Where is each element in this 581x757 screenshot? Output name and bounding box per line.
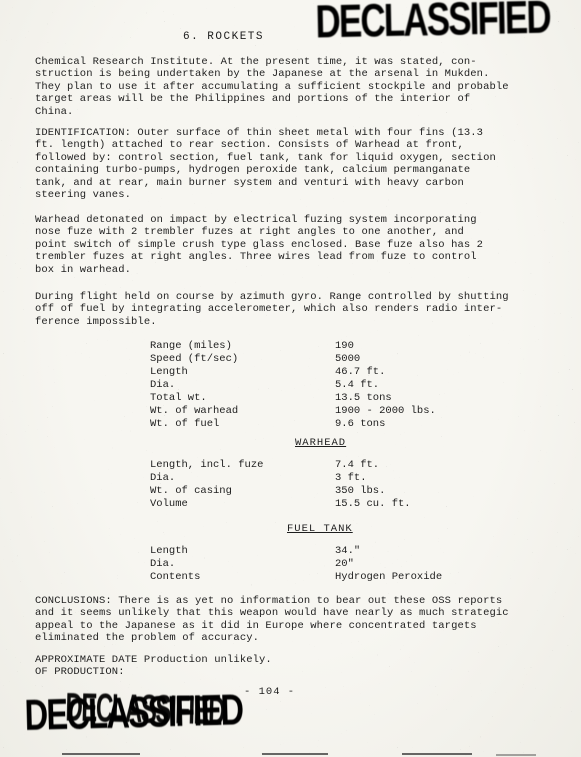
scan-artifact-line bbox=[496, 754, 536, 756]
spec-label: Wt. of warhead bbox=[150, 405, 335, 418]
spec-label: Wt. of casing bbox=[150, 485, 335, 498]
table-row: Dia. 3 ft. bbox=[150, 472, 411, 485]
declassified-stamp-bottom: DECLASSIFIED bbox=[24, 685, 243, 740]
paragraph-identification: IDENTIFICATION: Outer surface of thin sh… bbox=[35, 127, 531, 201]
table-row: Total wt. 13.5 tons bbox=[150, 392, 436, 405]
section-heading: 6. ROCKETS bbox=[183, 31, 264, 43]
spec-value: Hydrogen Peroxide bbox=[335, 571, 442, 584]
table-row: Contents Hydrogen Peroxide bbox=[150, 571, 442, 584]
document-page: DECLASSIFIED 6. ROCKETS Chemical Researc… bbox=[0, 0, 581, 757]
scan-artifact-line bbox=[62, 753, 140, 755]
table-row: Length, incl. fuze 7.4 ft. bbox=[150, 459, 411, 472]
spec-value: 1900 - 2000 lbs. bbox=[335, 405, 436, 418]
spec-value: 13.5 tons bbox=[335, 392, 392, 405]
fuel-tank-section-heading: FUEL TANK bbox=[287, 523, 353, 535]
scan-artifact-line bbox=[402, 753, 472, 755]
spec-value: 20" bbox=[335, 558, 354, 571]
table-row: Dia. 20" bbox=[150, 558, 442, 571]
spec-value: 7.4 ft. bbox=[335, 459, 379, 472]
warhead-section-heading: WARHEAD bbox=[295, 437, 346, 449]
table-row: Length 46.7 ft. bbox=[150, 366, 436, 379]
spec-label: Dia. bbox=[150, 472, 335, 485]
production-date-line1: APPROXIMATE DATE Production unlikely. bbox=[35, 654, 435, 666]
spec-label: Wt. of fuel bbox=[150, 418, 335, 431]
spec-value: 3 ft. bbox=[335, 472, 367, 485]
spec-value: 46.7 ft. bbox=[335, 366, 385, 379]
production-date-line2: OF PRODUCTION: bbox=[35, 666, 435, 678]
spec-label: Total wt. bbox=[150, 392, 335, 405]
spec-label: Length bbox=[150, 366, 335, 379]
declassified-stamp-top: DECLASSIFIED bbox=[315, 0, 550, 49]
spec-label: Dia. bbox=[150, 558, 335, 571]
paragraph-conclusions: CONCLUSIONS: There is as yet no informat… bbox=[35, 595, 545, 645]
table-row: Wt. of casing 350 lbs. bbox=[150, 485, 411, 498]
warhead-spec-table: Length, incl. fuze 7.4 ft. Dia. 3 ft. Wt… bbox=[150, 459, 411, 511]
paragraph-intro: Chemical Research Institute. At the pres… bbox=[35, 56, 525, 118]
spec-value: 5.4 ft. bbox=[335, 379, 379, 392]
spec-value: 15.5 cu. ft. bbox=[335, 498, 411, 511]
table-row: Range (miles) 190 bbox=[150, 340, 436, 353]
table-row: Dia. 5.4 ft. bbox=[150, 379, 436, 392]
spec-value: 34." bbox=[335, 545, 360, 558]
spec-value: 5000 bbox=[335, 353, 360, 366]
paragraph-fuzing: Warhead detonated on impact by electrica… bbox=[35, 214, 531, 276]
paragraph-guidance: During flight held on course by azimuth … bbox=[35, 291, 540, 328]
spec-value: 190 bbox=[335, 340, 354, 353]
table-row: Length 34." bbox=[150, 545, 442, 558]
fuel-tank-spec-table: Length 34." Dia. 20" Contents Hydrogen P… bbox=[150, 545, 442, 584]
spec-value: 350 lbs. bbox=[335, 485, 385, 498]
spec-label: Volume bbox=[150, 498, 335, 511]
spec-value: 9.6 tons bbox=[335, 418, 385, 431]
scan-artifact-line bbox=[262, 753, 328, 755]
spec-label: Speed (ft/sec) bbox=[150, 353, 335, 366]
table-row: Wt. of fuel 9.6 tons bbox=[150, 418, 436, 431]
general-spec-table: Range (miles) 190 Speed (ft/sec) 5000 Le… bbox=[150, 340, 436, 431]
spec-label: Contents bbox=[150, 571, 335, 584]
page-number: - 104 - bbox=[244, 686, 295, 698]
spec-label: Length, incl. fuze bbox=[150, 459, 335, 472]
spec-label: Range (miles) bbox=[150, 340, 335, 353]
table-row: Volume 15.5 cu. ft. bbox=[150, 498, 411, 511]
spec-label: Dia. bbox=[150, 379, 335, 392]
spec-label: Length bbox=[150, 545, 335, 558]
table-row: Speed (ft/sec) 5000 bbox=[150, 353, 436, 366]
table-row: Wt. of warhead 1900 - 2000 lbs. bbox=[150, 405, 436, 418]
